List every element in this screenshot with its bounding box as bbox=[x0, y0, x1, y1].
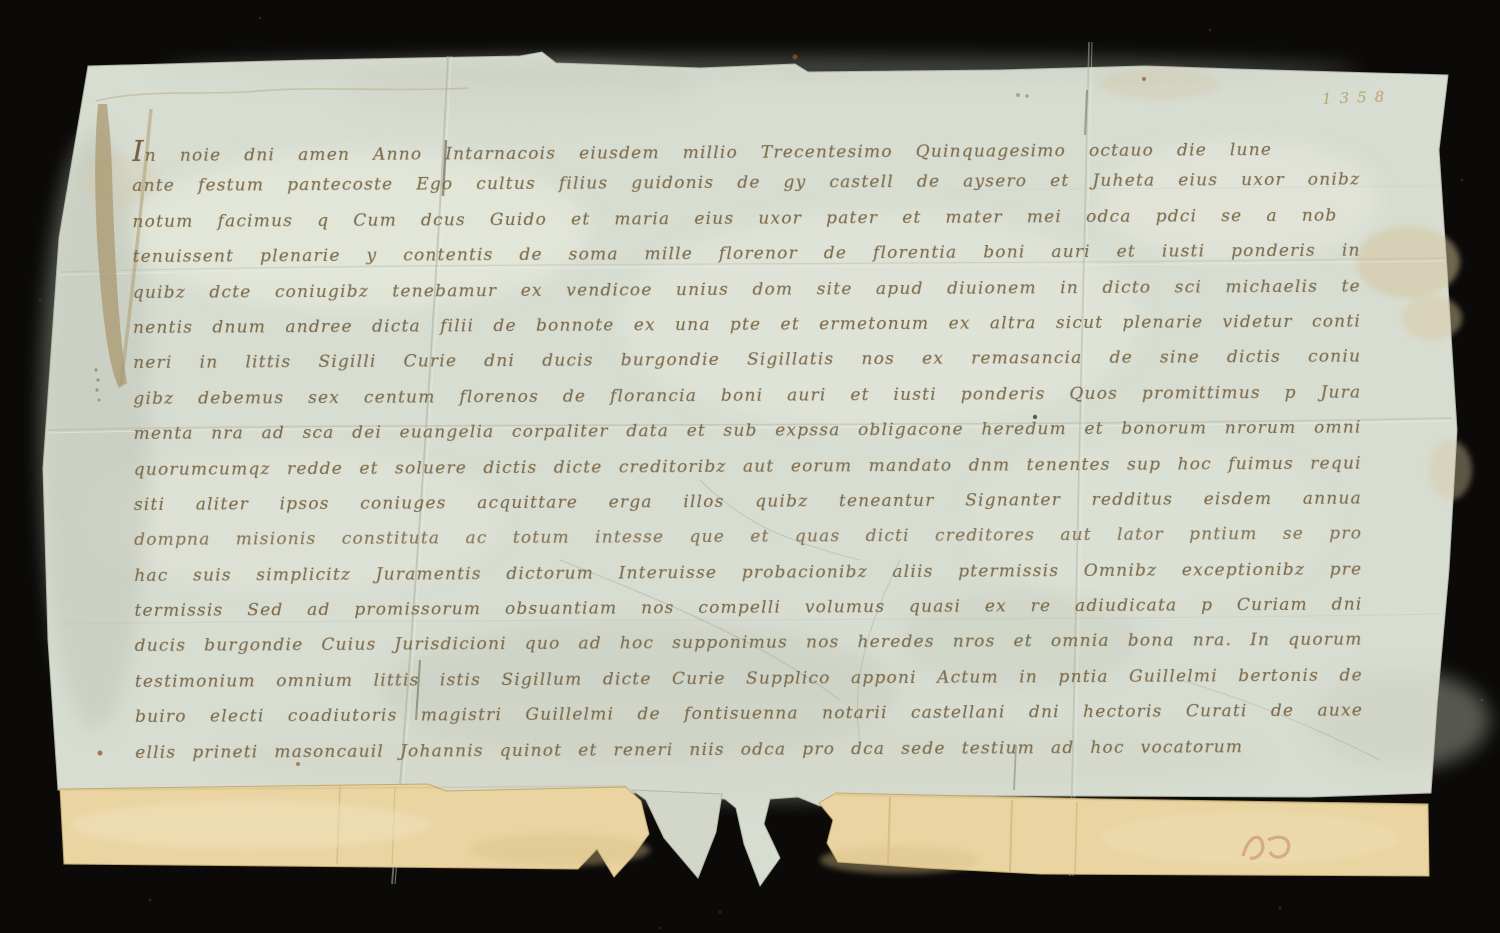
text-line: In noie dni amen Anno Intarnacois eiusde… bbox=[132, 128, 1272, 169]
year-annotation: 1358 bbox=[1322, 86, 1433, 108]
manuscript-text: In noie dni amen Anno Intarnacois eiusde… bbox=[132, 128, 1363, 771]
text-line: ante festum pantecoste Ego cultus filius… bbox=[132, 163, 1360, 205]
text-line: ellis prineti masoncauil Johannis quinot… bbox=[135, 730, 1243, 771]
text-line: buiro electi coadiutoris magistri Guille… bbox=[135, 694, 1363, 736]
text-line: dompna misionis constituta ac totum inte… bbox=[134, 517, 1362, 559]
scan-background: 1358 In noie dni amen Anno Intarnacois e… bbox=[0, 0, 1500, 933]
text-line: tenuissent plenarie y contentis de soma … bbox=[133, 234, 1361, 276]
text-line: neri in littis Sigilli Curie dni ducis b… bbox=[133, 340, 1361, 382]
text-line: menta nra ad sca dei euangelia corpalite… bbox=[133, 411, 1361, 453]
